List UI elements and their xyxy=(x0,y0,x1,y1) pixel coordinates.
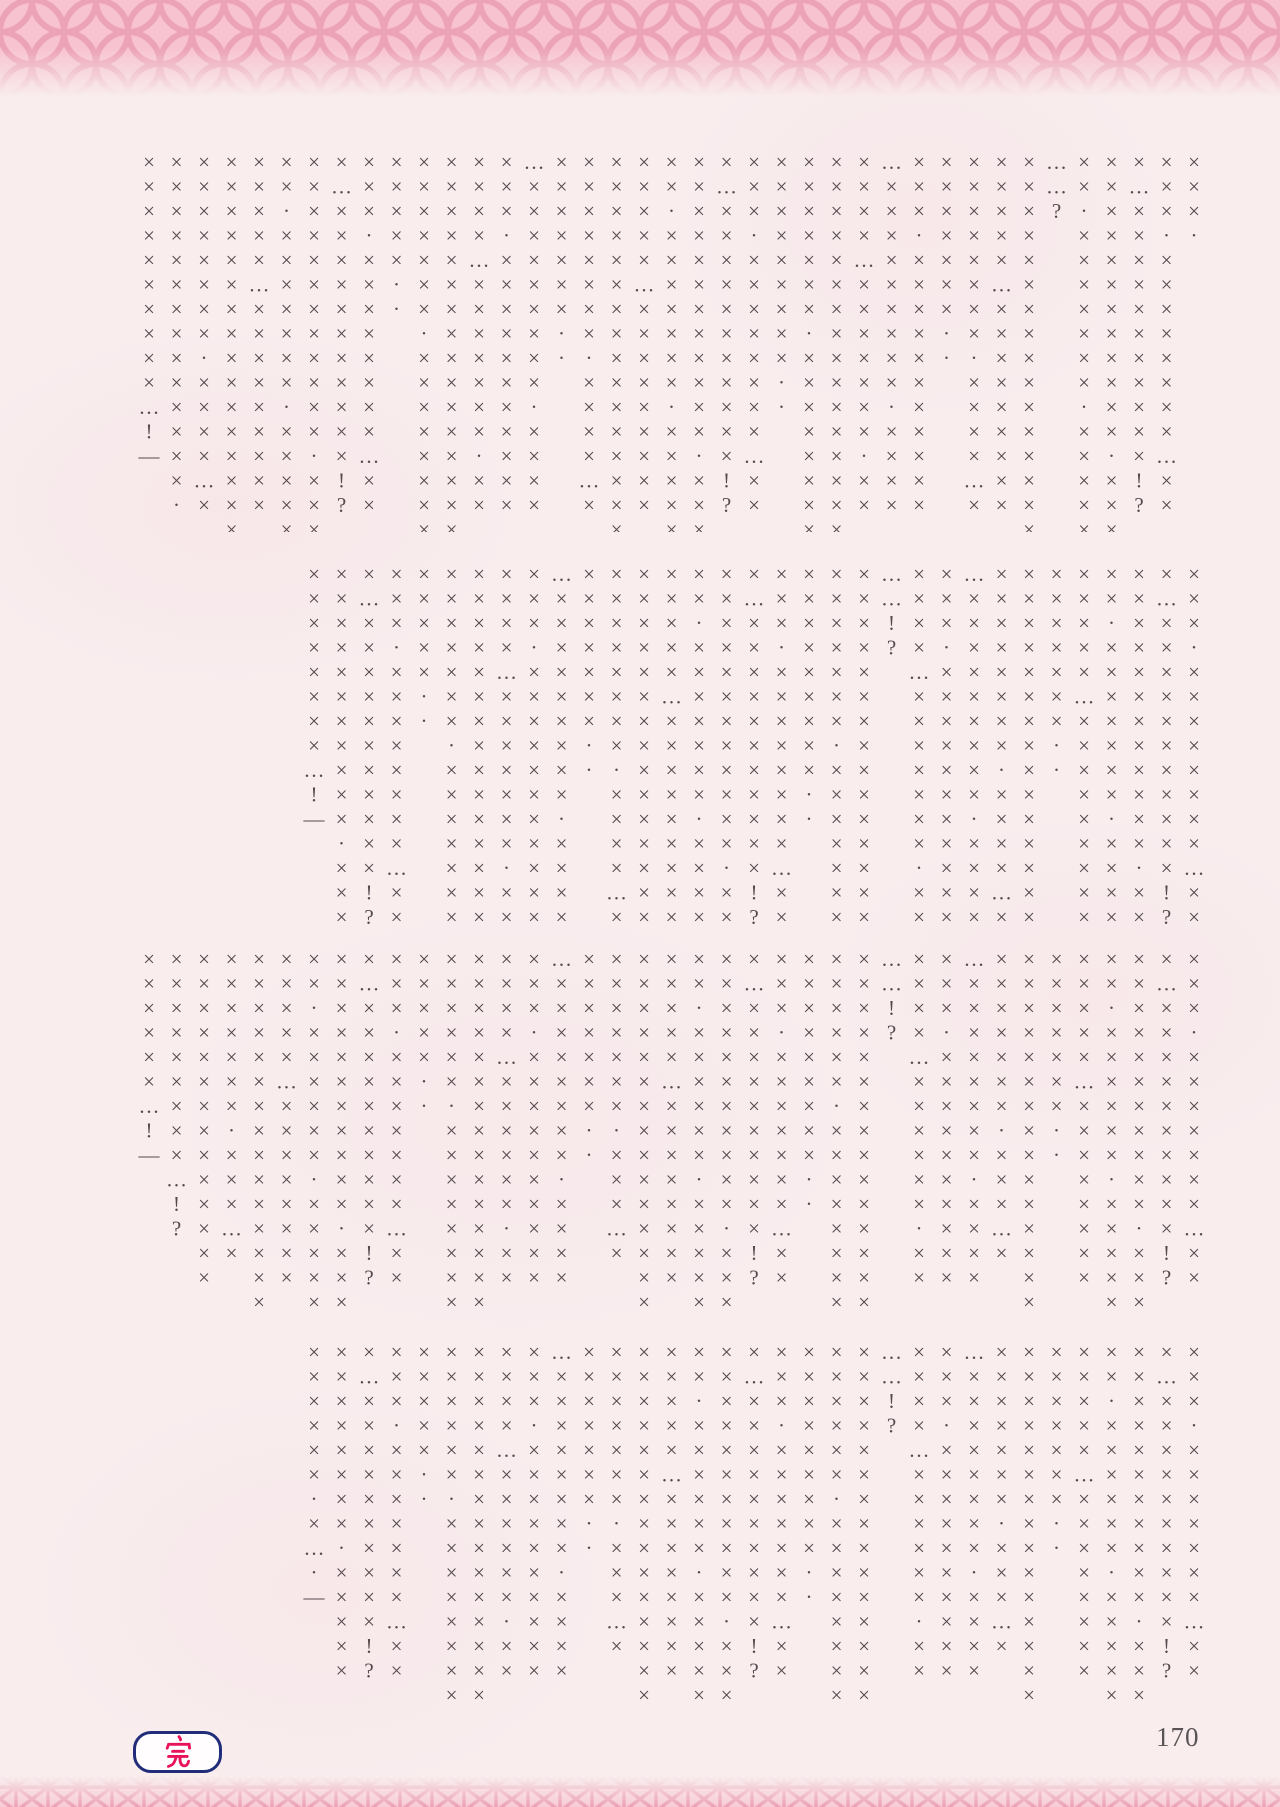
text-column: ×××××××·×××…× xyxy=(987,947,1015,1309)
text-column: ××××××××××××××× xyxy=(630,947,658,1309)
text-column: ×…××××××××××!? xyxy=(1152,947,1180,1309)
text-column: …××××××××·×××× xyxy=(960,1340,988,1708)
text-column: ×××·×××××××…×× xyxy=(1180,1340,1208,1708)
text-column: ××××××××××××××× xyxy=(1015,1340,1043,1708)
text-column: ×××××××·· xyxy=(932,150,960,532)
text-column: ×××·××××××××××× xyxy=(520,562,548,934)
text-column: ×××××…××××××××× xyxy=(1070,562,1098,934)
text-column: ××××××××××××·××× xyxy=(712,562,740,934)
text-column: ××·××××××·××××× xyxy=(1097,1340,1125,1708)
text-column: ×××××××××·· xyxy=(795,562,823,934)
text-column: ×××××××××××·××× xyxy=(327,947,355,1309)
text-column: …×××××××××·×××× xyxy=(520,150,548,532)
text-column: ××·×××××××·××××× xyxy=(1097,562,1125,934)
text-column: …××××××××·×××× xyxy=(547,947,575,1309)
text-band-1: ×××·×××·××××××××…×××…×××××××××××!?××××××… xyxy=(133,150,1207,532)
text-column: ×××××·· xyxy=(410,1340,438,1708)
text-column: ××××××××××××××× xyxy=(245,947,273,1309)
text-column: ××·××××××·××××× xyxy=(300,947,328,1309)
text-column: …×××××××××·×××× xyxy=(877,150,905,532)
text-column: ×××××××××××××××× xyxy=(630,562,658,934)
text-column: ×××××××·· xyxy=(575,1340,603,1708)
text-column: ×…××××××××××!? xyxy=(740,1340,768,1708)
text-column: ×××××××××××·××× xyxy=(1125,1340,1153,1708)
text-column: ×××·×××××××××× xyxy=(932,1340,960,1708)
text-column: ×××××××××××××××× xyxy=(1015,562,1043,934)
text-column: ×××·×××××××…×× xyxy=(767,1340,795,1708)
text-column: ×××××××·×××…× xyxy=(217,947,245,1309)
text-column: ×××××××·×××××××× xyxy=(437,562,465,934)
text-column: ×××××…×××××××× xyxy=(657,1340,685,1708)
text-column: ××××××·×…·— xyxy=(300,1340,328,1708)
text-band-4: ×××·×××××××…×××…××××××××××!?×××××××××××·… xyxy=(133,1340,1207,1708)
text-column: …×××××××××·×××× xyxy=(960,562,988,934)
text-column: ×××· xyxy=(1180,150,1208,532)
text-column: ××××…××××××·×× xyxy=(905,947,933,1309)
text-column: ×××××××××××××××× xyxy=(437,150,465,532)
text-column: ×××·××××××××…×× xyxy=(355,150,383,532)
text-column: ×××××…×××××××× xyxy=(1070,947,1098,1309)
page-number: 170 xyxy=(1156,1722,1200,1753)
text-column: ×××××××××·· xyxy=(795,947,823,1309)
text-column: ××××××××·××××…× xyxy=(960,150,988,532)
text-column: ×××××·· xyxy=(382,150,410,532)
text-column: ×××××××××·· xyxy=(767,150,795,532)
text-column: ××××××××·××××…× xyxy=(987,562,1015,934)
text-column: ×…×××××××××××!? xyxy=(1152,562,1180,934)
text-column: ×××××·· xyxy=(410,562,438,934)
text-column: ××·×××××××·××××× xyxy=(272,150,300,532)
text-column: ×××·××××××××…×× xyxy=(1152,150,1180,532)
text-column: ×××××××××××××××× xyxy=(217,150,245,532)
text-column: ×××××××·×××…× xyxy=(602,1340,630,1708)
text-column: ××·××××××·××××× xyxy=(685,947,713,1309)
text-column: ××××…××××××·×× xyxy=(492,1340,520,1708)
text-column: ××××××××××××·××× xyxy=(300,150,328,532)
text-column: ××××××·×××××××× xyxy=(822,947,850,1309)
text-column: ××××××××××××××× xyxy=(630,1340,658,1708)
text-column: ××××××××·××××…× xyxy=(190,150,218,532)
text-column: ×××××××××××××××× xyxy=(822,150,850,532)
text-column: ×××××…××××××××× xyxy=(657,562,685,934)
text-column: ×…×××××××××××!? xyxy=(740,562,768,934)
text-column: ××·×××××××·××××× xyxy=(657,150,685,532)
text-column: …××××××××·×××× xyxy=(547,1340,575,1708)
text-column: ×××××…×××××××× xyxy=(1070,1340,1098,1708)
text-column: ×××××××·· xyxy=(575,947,603,1309)
text-column: ××××××·×××××××× xyxy=(437,1340,465,1708)
text-column: ××××××××××××××× xyxy=(850,947,878,1309)
text-column: ××××××××·××××…× xyxy=(602,562,630,934)
text-column: ××××××…!— xyxy=(135,947,163,1309)
text-column: ×××××××××××××××× xyxy=(465,562,493,934)
text-column: ×…××××××××××!? xyxy=(355,1340,383,1708)
top-border-ornament xyxy=(0,0,1280,96)
text-column: ××××××××××××××× xyxy=(1015,947,1043,1309)
text-column: ××××××××××××·××× xyxy=(1125,562,1153,934)
text-column: ×××××××·×××××××× xyxy=(822,562,850,934)
text-column: ××××…×××××××·×× xyxy=(492,562,520,934)
text-column: ×…×××××××××××!? xyxy=(712,150,740,532)
text-column: ×…××××××××××!? xyxy=(740,947,768,1309)
text-column: ×××·××××××××××× xyxy=(492,150,520,532)
text-column: ×××××…×××××××× xyxy=(272,947,300,1309)
text-column: ×××·××××××××…×× xyxy=(740,150,768,532)
text-column: ×××·×××××××…×× xyxy=(1180,947,1208,1309)
text-column: ××××…×××××××·×× xyxy=(850,150,878,532)
text-column: ×××××××××·· xyxy=(795,1340,823,1708)
text-column: ……? xyxy=(1042,150,1070,532)
text-column: ×××·×××××××××× xyxy=(520,947,548,1309)
text-column: …×××××××××·×××× xyxy=(547,562,575,934)
text-band-2: ×××·××××××××…×××…×××××××××××!?××××××××××… xyxy=(133,562,1207,934)
text-column: ××·××××××·××××× xyxy=(1097,947,1125,1309)
text-column: ××××…××××××·×× xyxy=(492,947,520,1309)
text-column: ×××××××××××××× xyxy=(190,947,218,1309)
text-column: ×××·××××××××××× xyxy=(905,150,933,532)
bottom-border-ornament xyxy=(0,1751,1280,1807)
text-column: ×××××××××××××××× xyxy=(850,562,878,934)
text-column: ×…×××××××××××!? xyxy=(355,562,383,934)
text-column: ××××××××××××××× xyxy=(465,947,493,1309)
text-column: ×××·××××××××××× xyxy=(932,562,960,934)
text-column: ××××××·×××××××× xyxy=(437,947,465,1309)
text-column: ××××××××…!— xyxy=(300,562,328,934)
text-column: ×…××××××××××!? xyxy=(355,947,383,1309)
text-column: ×××××××·×××…× xyxy=(602,947,630,1309)
text-column: ×××××××·· xyxy=(1042,562,1070,934)
text-column: ×××××××·×××××××× xyxy=(410,150,438,532)
text-column: ×××××…××××××××× xyxy=(987,150,1015,532)
text-column: ×××××××××××·××× xyxy=(712,1340,740,1708)
text-column: ××××××××××…!— xyxy=(135,150,163,532)
text-column: ×…×××××××××××!? xyxy=(327,150,355,532)
text-column: ×××××…××××××××× xyxy=(630,150,658,532)
text-column: ×××××××·· xyxy=(547,150,575,532)
text-column: ××××××××××××××× xyxy=(850,1340,878,1708)
text-column: ×××××××·×××…× xyxy=(987,1340,1015,1708)
text-column: ××××××××××××××× xyxy=(465,1340,493,1708)
text-column: ×…××××××××××!? xyxy=(1152,1340,1180,1708)
text-column: ×××·×××××××××× xyxy=(520,1340,548,1708)
text-column: ×××××××××××·××× xyxy=(712,947,740,1309)
text-column: ×××××××××××·××× xyxy=(1125,947,1153,1309)
text-column: ×××·×××××××××× xyxy=(932,947,960,1309)
text-column: ……!? xyxy=(877,562,905,934)
text-column: ×××·××××××××…×× xyxy=(767,562,795,934)
text-column: ×××××××·×××××××× xyxy=(795,150,823,532)
text-column: ×××××××·· xyxy=(1042,947,1070,1309)
text-column: ……!? xyxy=(877,947,905,1309)
scanned-novel-page: ×××·×××·××××××××…×××…×××××××××××!?××××××… xyxy=(0,0,1280,1807)
text-column: ×××××·· xyxy=(410,947,438,1309)
text-column: ×…×××××××××××!? xyxy=(1125,150,1153,532)
text-column: ××××…×××××××·×× xyxy=(905,562,933,934)
text-column: ××××××××××××××· xyxy=(162,150,190,532)
text-column: ××××××××××××·××× xyxy=(1097,150,1125,532)
text-column: ×××××××·· xyxy=(1042,1340,1070,1708)
text-column: ×××·××××××××…×× xyxy=(382,562,410,934)
text-column: ××××…×××××××·×× xyxy=(465,150,493,532)
text-column: ××·××××××·××××× xyxy=(685,1340,713,1708)
text-column: ×××××…××××××××× xyxy=(245,150,273,532)
text-column: ……!? xyxy=(877,1340,905,1708)
text-column: ×××·×××××××…×× xyxy=(382,1340,410,1708)
text-column: ××××…××××××·×× xyxy=(905,1340,933,1708)
text-column: ×××××××××××××××× xyxy=(602,150,630,532)
text-column: ×××·××××××××…×× xyxy=(1180,562,1208,934)
text-column: ××××××××××××·××× xyxy=(685,150,713,532)
text-column: ××××××××·××××× xyxy=(327,1340,355,1708)
text-column: ×××××…×××××××× xyxy=(657,947,685,1309)
text-column: ××·×××××××·××××× xyxy=(685,562,713,934)
text-column: ×××·×××××××…×× xyxy=(767,947,795,1309)
text-column: …××××××××·×××× xyxy=(960,947,988,1309)
text-column: ××××××××·××××…× xyxy=(575,150,603,532)
text-column: ××××××·×××××××× xyxy=(822,1340,850,1708)
text-column: ×××××××××××·××× xyxy=(327,562,355,934)
text-column: ×××·×××××××…×× xyxy=(382,947,410,1309)
text-column: ×××××××××××××××× xyxy=(1015,150,1043,532)
text-band-3: ×××·×××××××…×××…××××××××××!?×××××××××××·… xyxy=(133,947,1207,1309)
text-column: ××·×××××××·××××× xyxy=(1070,150,1098,532)
text-column: ×××××××××…!? xyxy=(162,947,190,1309)
text-column: ×××××××·· xyxy=(575,562,603,934)
